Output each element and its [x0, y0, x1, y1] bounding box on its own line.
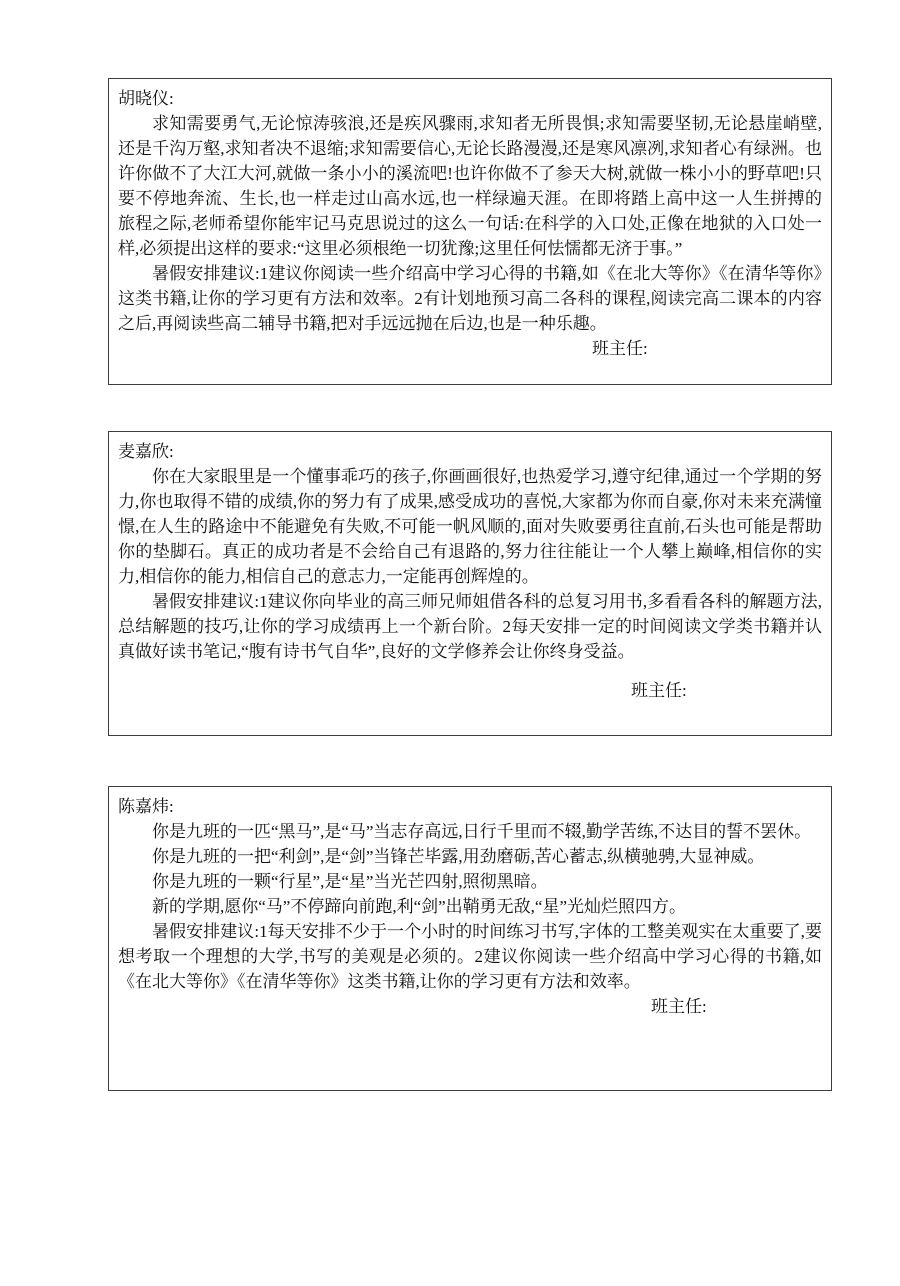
comment-paragraph: 新的学期,愿你“马”不停蹄向前跑,利“剑”出鞘勇无敌,“星”光灿烂照四方。: [118, 894, 822, 919]
comment-body: 你是九班的一匹“黑马”,是“马”当志存高远,日行千里而不辍,勤学苦练,不达目的誓…: [118, 819, 822, 994]
comment-paragraph: 求知需要勇气,无论惊涛骇浪,还是疾风骤雨,求知者无所畏惧;求知需要坚韧,无论悬崖…: [118, 111, 822, 261]
comment-body: 你在大家眼里是一个懂事乖巧的孩子,你画画很好,也热爱学习,遵守纪律,通过一个学期…: [118, 464, 822, 664]
comment-paragraph: 暑假安排建议:1每天安排不少于一个小时的时间练习书写,字体的工整美观实在太重要了…: [118, 919, 822, 994]
comment-paragraph: 你是九班的一把“利剑”,是“剑”当锋芒毕露,用劲磨砺,苦心蓄志,纵横驰骋,大显神…: [118, 844, 822, 869]
teacher-signature-label: 班主任:: [651, 994, 822, 1019]
comment-paragraph: 暑假安排建议:1建议你向毕业的高三师兄师姐借各科的总复习用书,多看看各科的解题方…: [118, 589, 822, 664]
comment-paragraph: 暑假安排建议:1建议你阅读一些介绍高中学习心得的书籍,如《在北大等你》《在清华等…: [118, 261, 822, 336]
student-name: 陈嘉炜:: [118, 794, 822, 819]
comment-paragraph: 你在大家眼里是一个懂事乖巧的孩子,你画画很好,也热爱学习,遵守纪律,通过一个学期…: [118, 464, 822, 589]
comment-paragraph: 你是九班的一匹“黑马”,是“马”当志存高远,日行千里而不辍,勤学苦练,不达目的誓…: [118, 819, 822, 844]
teacher-signature-label: 班主任:: [631, 678, 822, 703]
comment-paragraph: 你是九班的一颗“行星”,是“星”当光芒四射,照彻黑暗。: [118, 869, 822, 894]
student-comment-card-2: 麦嘉欣: 你在大家眼里是一个懂事乖巧的孩子,你画画很好,也热爱学习,遵守纪律,通…: [108, 431, 832, 736]
document-page: 胡晓仪: 求知需要勇气,无论惊涛骇浪,还是疾风骤雨,求知者无所畏惧;求知需要坚韧…: [0, 0, 900, 1286]
comment-body: 求知需要勇气,无论惊涛骇浪,还是疾风骤雨,求知者无所畏惧;求知需要坚韧,无论悬崖…: [118, 111, 822, 336]
teacher-signature-label: 班主任:: [592, 336, 822, 361]
student-name: 麦嘉欣:: [118, 439, 822, 464]
student-comment-card-1: 胡晓仪: 求知需要勇气,无论惊涛骇浪,还是疾风骤雨,求知者无所畏惧;求知需要坚韧…: [108, 78, 832, 385]
student-comment-card-3: 陈嘉炜: 你是九班的一匹“黑马”,是“马”当志存高远,日行千里而不辍,勤学苦练,…: [108, 786, 832, 1091]
student-name: 胡晓仪:: [118, 86, 822, 111]
